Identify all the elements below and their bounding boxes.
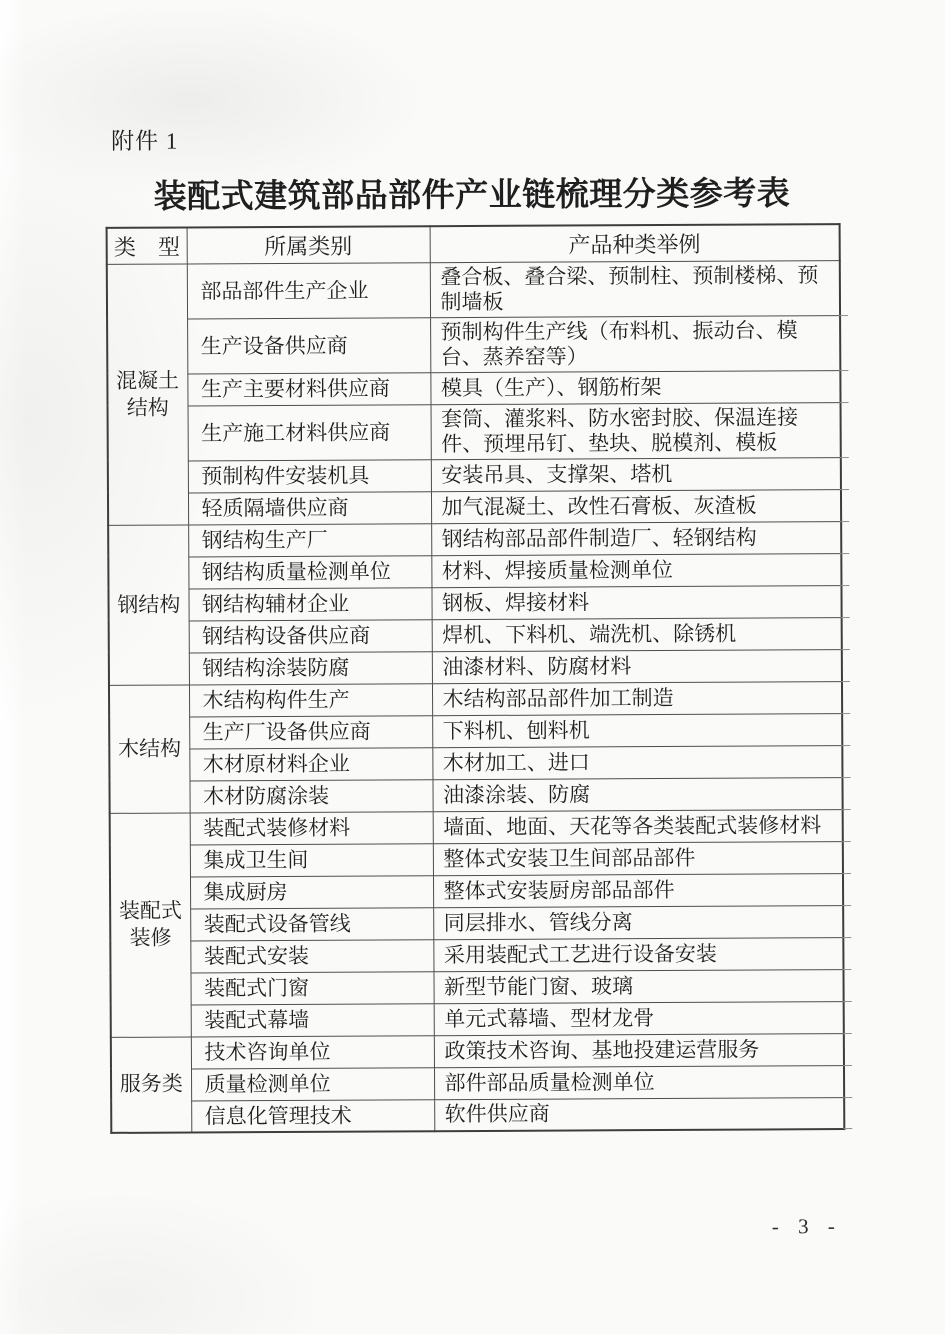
examples-cell: 钢板、焊接材料 <box>431 585 841 619</box>
category-cell: 生产厂设备供应商 <box>189 715 432 748</box>
examples-cell: 模具（生产）、钢筋桁架 <box>430 370 840 404</box>
examples-cell: 钢结构部品部件制造厂、轻钢结构 <box>431 521 841 555</box>
header-category: 所属类别 <box>187 226 430 263</box>
category-cell: 装配式安装 <box>190 939 433 972</box>
examples-cell: 材料、焊接质量检测单位 <box>431 553 841 587</box>
type-cell: 服务类 <box>111 1036 192 1132</box>
category-cell: 部品部件生产企业 <box>187 262 430 318</box>
category-cell: 装配式门窗 <box>190 971 433 1004</box>
classification-table: 类 型 所属类别 产品种类举例 混凝土结构部品部件生产企业叠合板、叠合梁、预制柱… <box>106 223 846 1134</box>
page-number: - 3 - <box>4 1214 842 1243</box>
table-row: 木材原材料企业木材加工、进口 <box>109 745 842 781</box>
table-row: 钢结构质量检测单位材料、焊接质量检测单位 <box>108 553 841 589</box>
table-row: 集成厨房整体式安装厨房部品部件 <box>110 873 843 909</box>
category-cell: 装配式幕墙 <box>191 1003 434 1036</box>
category-cell: 轻质隔墙供应商 <box>188 491 431 524</box>
table-row: 装配式设备管线同层排水、管线分离 <box>110 905 843 941</box>
examples-cell: 加气混凝土、改性石膏板、灰渣板 <box>431 489 841 523</box>
table-row: 轻质隔墙供应商加气混凝土、改性石膏板、灰渣板 <box>108 489 841 525</box>
document-title: 装配式建筑部品部件产业链梳理分类参考表 <box>105 167 838 218</box>
examples-cell: 木材加工、进口 <box>432 745 842 779</box>
table-row: 钢结构涂装防腐油漆材料、防腐材料 <box>109 649 842 685</box>
examples-cell: 木结构部品部件加工制造 <box>432 681 842 715</box>
category-cell: 生产主要材料供应商 <box>187 372 430 405</box>
examples-cell: 叠合板、叠合梁、预制柱、预制楼梯、预制墙板 <box>430 260 840 317</box>
category-cell: 集成厨房 <box>190 875 433 908</box>
examples-cell: 油漆材料、防腐材料 <box>432 649 842 683</box>
category-cell: 技术咨询单位 <box>191 1035 434 1068</box>
attachment-label: 附件 1 <box>111 119 943 156</box>
table-row: 服务类技术咨询单位政策技术咨询、基地投建运营服务 <box>111 1033 844 1069</box>
category-cell: 木结构构件生产 <box>189 683 432 716</box>
category-cell: 质量检测单位 <box>191 1067 434 1100</box>
table-body: 混凝土结构部品部件生产企业叠合板、叠合梁、预制柱、预制楼梯、预制墙板生产设备供应… <box>107 260 845 1133</box>
table-row: 装配式门窗新型节能门窗、玻璃 <box>110 969 843 1005</box>
type-cell: 装配式装修 <box>110 812 191 1036</box>
table-row: 木结构木结构构件生产木结构部品部件加工制造 <box>109 681 842 717</box>
category-cell: 木材原材料企业 <box>189 747 432 780</box>
table-header-row: 类 型 所属类别 产品种类举例 <box>107 224 840 264</box>
examples-cell: 墙面、地面、天花等各类装配式装修材料 <box>433 809 843 843</box>
table-row: 装配式幕墙单元式幕墙、型材龙骨 <box>111 1001 844 1037</box>
examples-cell: 同层排水、管线分离 <box>433 905 843 939</box>
table-row: 质量检测单位部件部品质量检测单位 <box>111 1065 844 1101</box>
table-row: 生产主要材料供应商模具（生产）、钢筋桁架 <box>107 370 840 406</box>
table-row: 生产设备供应商预制构件生产线（布料机、振动台、模台、蒸养窑等） <box>107 315 840 374</box>
category-cell: 集成卫生间 <box>190 843 433 876</box>
examples-cell: 整体式安装卫生间部品部件 <box>433 841 843 875</box>
type-cell: 混凝土结构 <box>107 263 188 524</box>
examples-cell: 套筒、灌浆料、防水密封胶、保温连接件、预埋吊钉、垫块、脱模剂、模板 <box>431 402 841 459</box>
category-cell: 钢结构辅材企业 <box>188 587 431 620</box>
examples-cell: 安装吊具、支撑架、塔机 <box>431 457 841 491</box>
table-row: 生产施工材料供应商套筒、灌浆料、防水密封胶、保温连接件、预埋吊钉、垫块、脱模剂、… <box>108 402 841 461</box>
examples-cell: 部件部品质量检测单位 <box>434 1065 844 1099</box>
type-cell: 钢结构 <box>108 524 189 684</box>
examples-cell: 软件供应商 <box>434 1097 844 1131</box>
category-cell: 生产设备供应商 <box>187 317 430 373</box>
table-row: 生产厂设备供应商下料机、刨料机 <box>109 713 842 749</box>
examples-cell: 整体式安装厨房部品部件 <box>433 873 843 907</box>
table-row: 钢结构设备供应商焊机、下料机、端洗机、除锈机 <box>109 617 842 653</box>
category-cell: 装配式装修材料 <box>190 811 433 844</box>
table-row: 钢结构钢结构生产厂钢结构部品部件制造厂、轻钢结构 <box>108 521 841 557</box>
header-examples: 产品种类举例 <box>430 224 840 262</box>
table-row: 集成卫生间整体式安装卫生间部品部件 <box>110 841 843 877</box>
table-row: 木材防腐涂装油漆涂装、防腐 <box>109 777 842 813</box>
category-cell: 钢结构设备供应商 <box>189 619 432 652</box>
category-cell: 钢结构涂装防腐 <box>189 651 432 684</box>
category-cell: 预制构件安装机具 <box>188 459 431 492</box>
examples-cell: 政策技术咨询、基地投建运营服务 <box>434 1033 844 1067</box>
category-cell: 生产施工材料供应商 <box>188 404 431 460</box>
scanned-document-page: 附件 1 装配式建筑部品部件产业链梳理分类参考表 类 型 所属类别 产品种类举例… <box>0 0 945 1243</box>
table-row: 信息化管理技术软件供应商 <box>111 1097 844 1133</box>
examples-cell: 油漆涂装、防腐 <box>432 777 842 811</box>
category-cell: 木材防腐涂装 <box>189 779 432 812</box>
category-cell: 信息化管理技术 <box>191 1099 434 1132</box>
table-row: 预制构件安装机具安装吊具、支撑架、塔机 <box>108 457 841 493</box>
type-cell: 木结构 <box>109 684 190 812</box>
table-row: 装配式装修装配式装修材料墙面、地面、天花等各类装配式装修材料 <box>110 809 843 845</box>
examples-cell: 新型节能门窗、玻璃 <box>433 969 843 1003</box>
examples-cell: 下料机、刨料机 <box>432 713 842 747</box>
examples-cell: 焊机、下料机、端洗机、除锈机 <box>432 617 842 651</box>
category-cell: 钢结构质量检测单位 <box>188 555 431 588</box>
table-row: 钢结构辅材企业钢板、焊接材料 <box>108 585 841 621</box>
header-type: 类 型 <box>107 227 187 263</box>
examples-cell: 预制构件生产线（布料机、振动台、模台、蒸养窑等） <box>430 315 840 372</box>
category-cell: 钢结构生产厂 <box>188 523 431 556</box>
examples-cell: 采用装配式工艺进行设备安装 <box>433 937 843 971</box>
table-row: 装配式安装采用装配式工艺进行设备安装 <box>110 937 843 973</box>
examples-cell: 单元式幕墙、型材龙骨 <box>434 1001 844 1035</box>
category-cell: 装配式设备管线 <box>190 907 433 940</box>
table-row: 混凝土结构部品部件生产企业叠合板、叠合梁、预制柱、预制楼梯、预制墙板 <box>107 260 840 319</box>
